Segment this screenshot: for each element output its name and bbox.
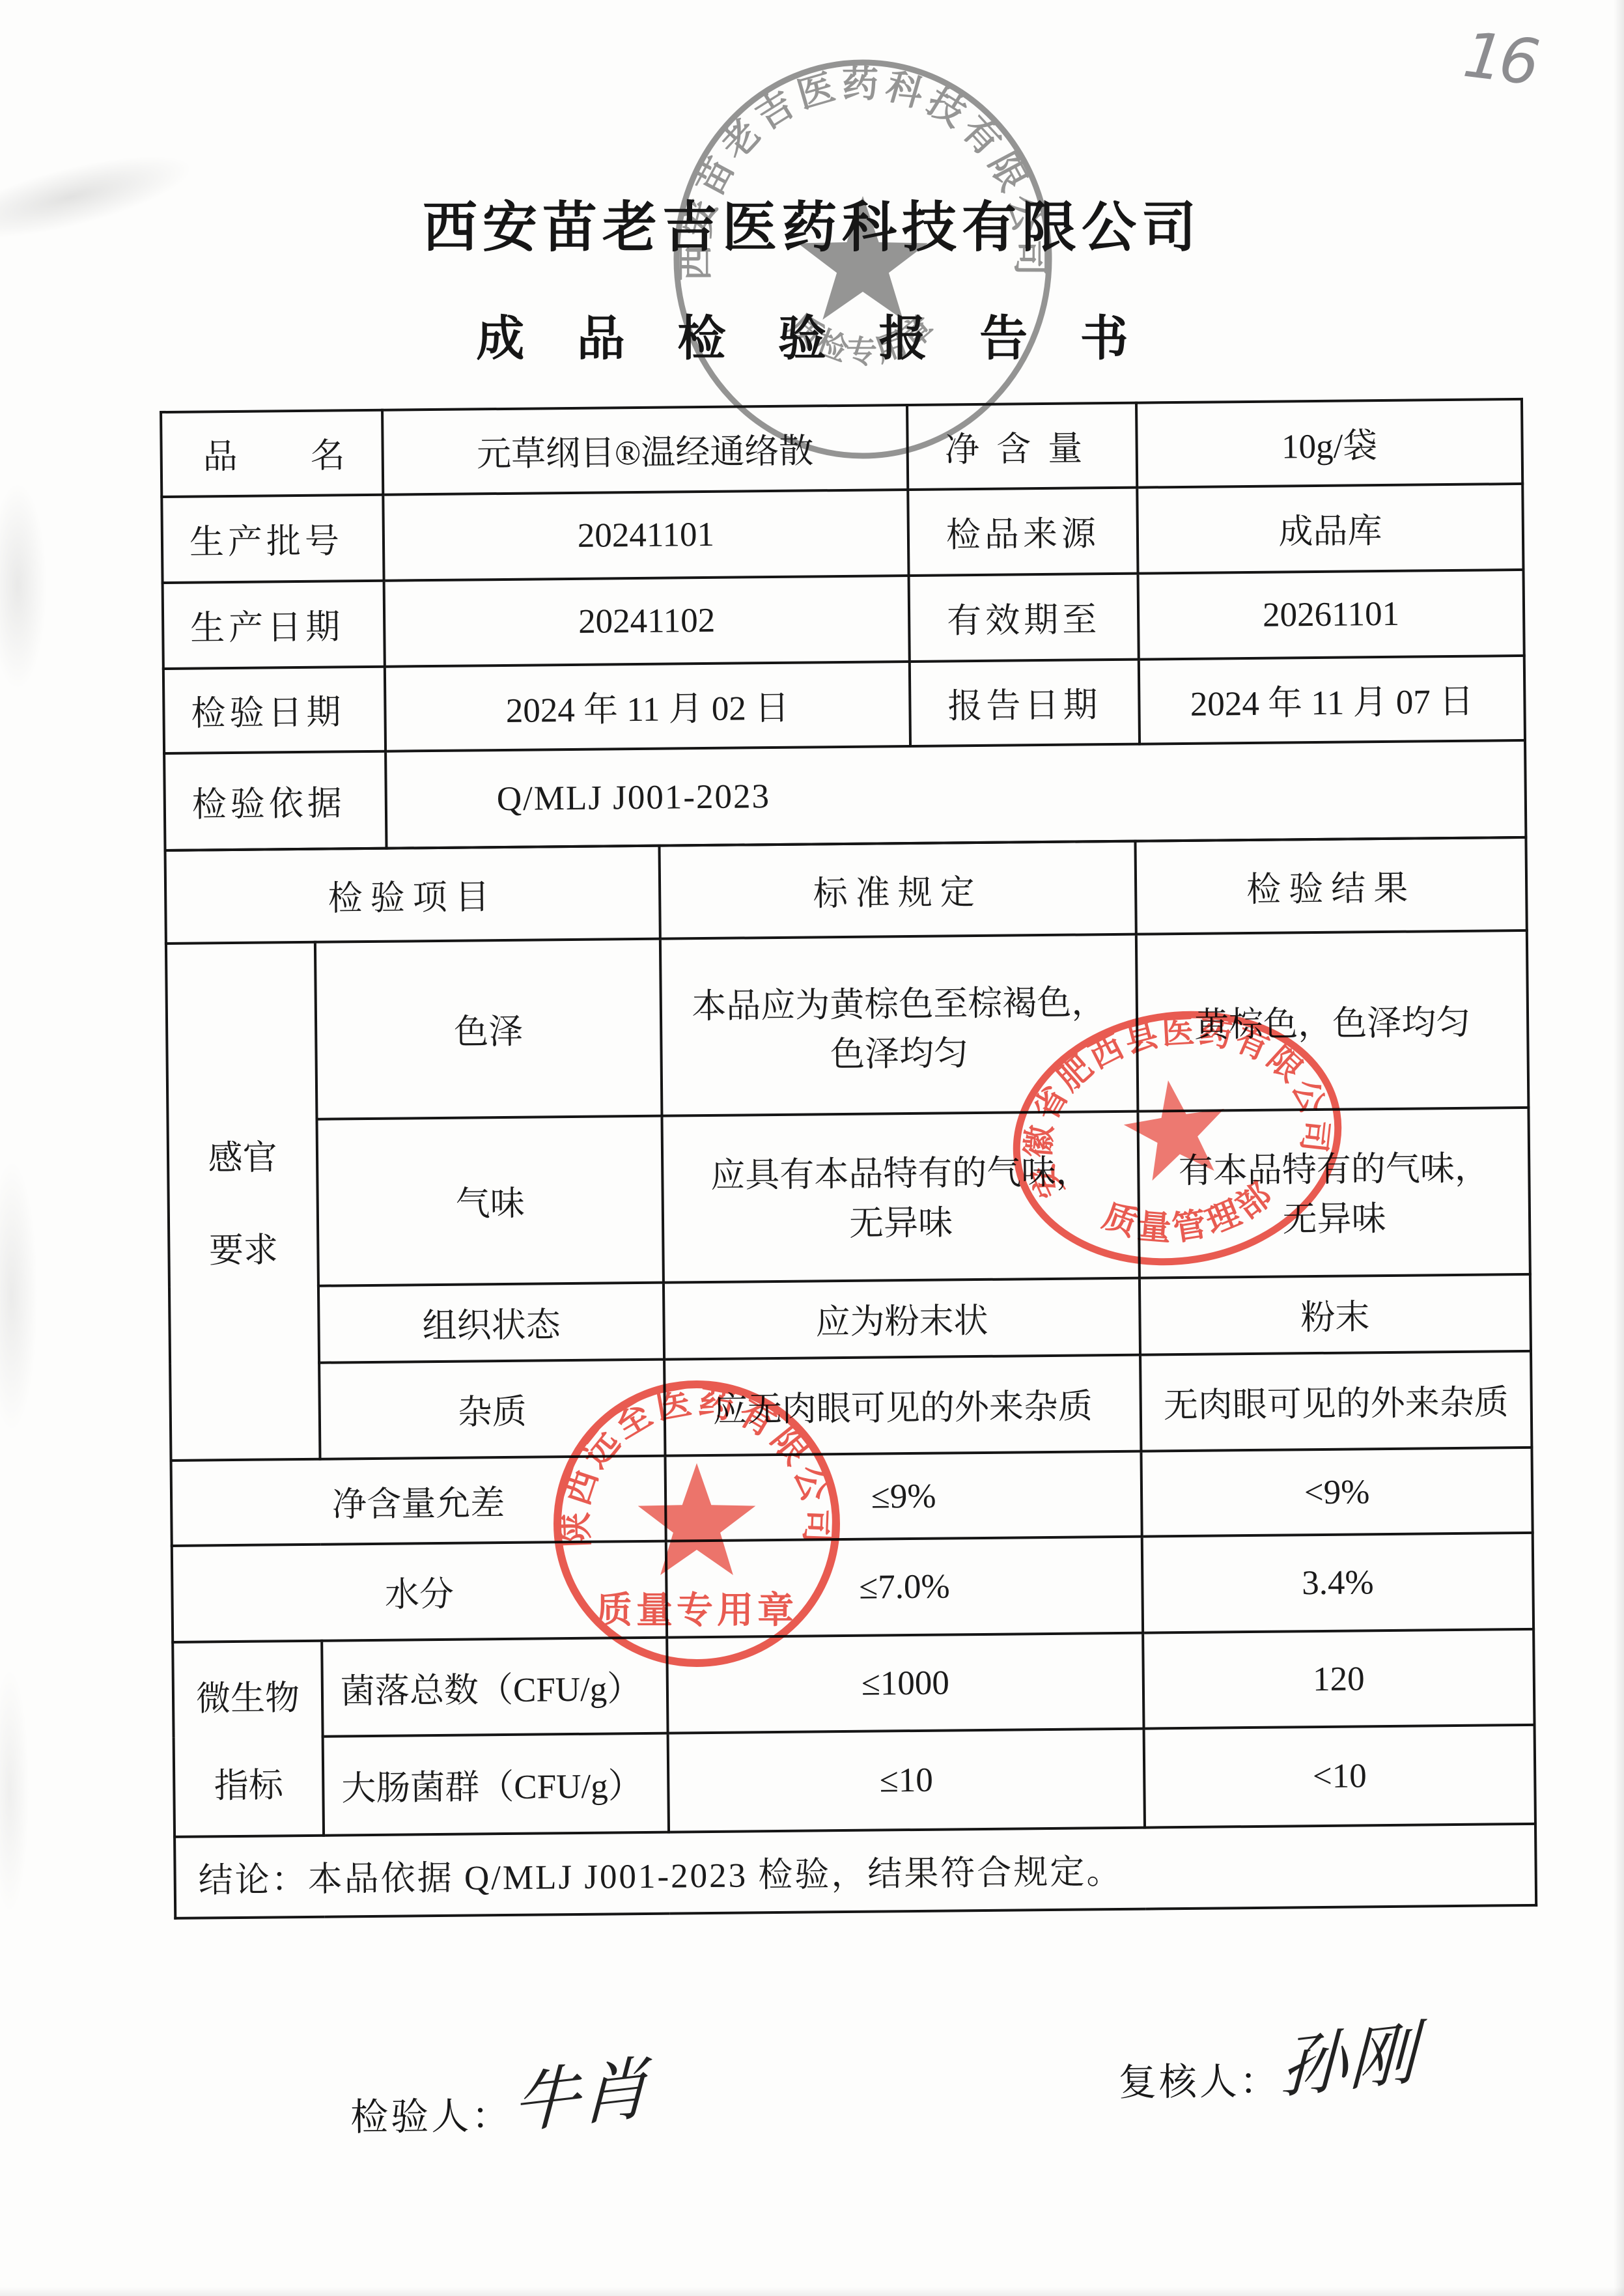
- standard-coliform: ≤10: [668, 1729, 1145, 1832]
- conclusion-text: 结论：本品依据 Q/MLJ J001-2023 检验，结果符合规定。: [175, 1824, 1536, 1918]
- reviewer-label: 复核人：: [1118, 2060, 1280, 2104]
- reviewer-handwritten-signature: 孙刚: [1280, 1998, 1419, 2112]
- star-icon: [638, 1463, 756, 1575]
- field-label-sample-source: 检品来源: [908, 488, 1138, 576]
- item-coliform: 大肠菌群（CFU/g）: [323, 1733, 669, 1836]
- inspector-handwritten-signature: 牛肖: [511, 2032, 651, 2147]
- table-row: 结论：本品依据 Q/MLJ J001-2023 检验，结果符合规定。: [175, 1824, 1536, 1918]
- report-header: 西安苗老吉医药科技有限公司 成 品 检 验 报 告 书: [0, 184, 1624, 369]
- group-label-line: 要求: [171, 1222, 316, 1273]
- product-info-table: 品名 元草纲目®温经通络散 净含量 10g/袋 生产批号 20241101 检品…: [160, 398, 1527, 852]
- inspector-label: 检验人：: [350, 2095, 512, 2138]
- table-row: 大肠菌群（CFU/g） ≤10 <10: [174, 1725, 1535, 1837]
- field-label-product-name: 品名: [161, 410, 383, 497]
- field-value-inspection-date: 2024 年 11 月 02 日: [385, 662, 910, 751]
- field-label-expiry-date: 有效期至: [909, 574, 1139, 662]
- field-label-inspection-basis: 检验依据: [164, 751, 386, 850]
- department-oval-stamp: 安徽省肥西县医药有限公司 质量管理部: [975, 968, 1380, 1308]
- scan-edge-shadow: [0, 2287, 1624, 2296]
- result-texture: 粉末: [1140, 1274, 1531, 1355]
- field-value-batch-number: 20241101: [383, 490, 908, 581]
- signature-section: 检验人：牛肖 复核人：孙刚: [175, 1990, 1537, 2172]
- field-value-product-name: 元草纲目®温经通络散: [382, 405, 908, 495]
- svg-text:质量管理部: 质量管理部: [1093, 1171, 1286, 1260]
- table-row: 品名 元草纲目®温经通络散 净含量 10g/袋: [161, 399, 1522, 497]
- field-label-batch-number: 生产批号: [161, 495, 384, 583]
- result-colony-count: 120: [1143, 1629, 1534, 1729]
- field-label-net-content: 净含量: [907, 403, 1137, 490]
- field-value-expiry-date: 20261101: [1138, 570, 1524, 660]
- field-value-report-date: 2024 年 11 月 07 日: [1139, 656, 1525, 744]
- item-color: 色泽: [315, 939, 662, 1119]
- scanned-inspection-report: 16 西安苗老吉医药科技有限公司 质检专用章 西安苗老吉医药科技有限公司 成 品…: [0, 0, 1624, 2296]
- result-impurity: 无肉眼可见的外来杂质: [1140, 1351, 1532, 1451]
- item-odor: 气味: [316, 1116, 663, 1286]
- table-row: 微生物 指标 菌落总数（CFU/g） ≤1000 120: [173, 1629, 1534, 1738]
- star-icon: [1118, 1072, 1233, 1184]
- result-moisture: 3.4%: [1142, 1533, 1533, 1633]
- stamp-bottom-text: 质量专用章: [596, 1589, 798, 1631]
- result-coliform: <10: [1144, 1725, 1535, 1828]
- scan-smudge: [0, 482, 47, 690]
- scan-smudge: [0, 1667, 29, 1914]
- field-value-production-date: 20241102: [384, 576, 910, 667]
- report-body: 品名 元草纲目®温经通络散 净含量 10g/袋 生产批号 20241101 检品…: [160, 398, 1537, 2172]
- column-header-standard: 标准规定: [659, 841, 1136, 939]
- table-row: 检验项目 标准规定 检验结果: [165, 837, 1527, 944]
- field-label-report-date: 报告日期: [910, 660, 1140, 746]
- table-row: 生产批号 20241101 检品来源 成品库: [161, 484, 1523, 583]
- inspector-signature-block: 检验人：牛肖: [350, 2049, 650, 2149]
- quality-round-stamp: 陕西远至医药有限公司 质量专用章: [540, 1367, 853, 1680]
- result-net-content: <9%: [1141, 1448, 1532, 1537]
- group-label-line: 微生物: [175, 1670, 321, 1720]
- group-label-line: 感官: [170, 1130, 316, 1181]
- field-value-net-content: 10g/袋: [1136, 399, 1522, 488]
- report-title: 成 品 检 验 报 告 书: [0, 300, 1624, 369]
- column-header-result: 检验结果: [1135, 837, 1526, 934]
- group-label-line: 指标: [176, 1757, 322, 1808]
- column-header-item: 检验项目: [165, 846, 660, 944]
- field-value-inspection-basis: Q/MLJ J001-2023: [385, 740, 1526, 848]
- reviewer-signature-block: 复核人：孙刚: [1118, 2015, 1418, 2115]
- field-value-sample-source: 成品库: [1137, 484, 1523, 574]
- handwritten-page-number: 16: [1460, 18, 1540, 100]
- table-row: 检验日期 2024 年 11 月 02 日 报告日期 2024 年 11 月 0…: [163, 656, 1525, 753]
- group-label-microbial: 微生物 指标: [173, 1641, 324, 1837]
- scan-smudge: [0, 1159, 38, 1433]
- table-row: 生产日期 20241102 有效期至 20261101: [163, 570, 1524, 669]
- table-row: 检验依据 Q/MLJ J001-2023: [164, 740, 1526, 850]
- table-row: 组织状态 应为粉末状 粉末: [169, 1274, 1531, 1364]
- field-label-production-date: 生产日期: [163, 581, 385, 669]
- stamp-bottom-text: 质量管理部: [1093, 1171, 1286, 1260]
- item-texture: 组织状态: [318, 1283, 664, 1363]
- group-label-sensory: 感官 要求: [166, 942, 320, 1461]
- company-title: 西安苗老吉医药科技有限公司: [0, 184, 1624, 262]
- field-label-inspection-date: 检验日期: [163, 667, 385, 753]
